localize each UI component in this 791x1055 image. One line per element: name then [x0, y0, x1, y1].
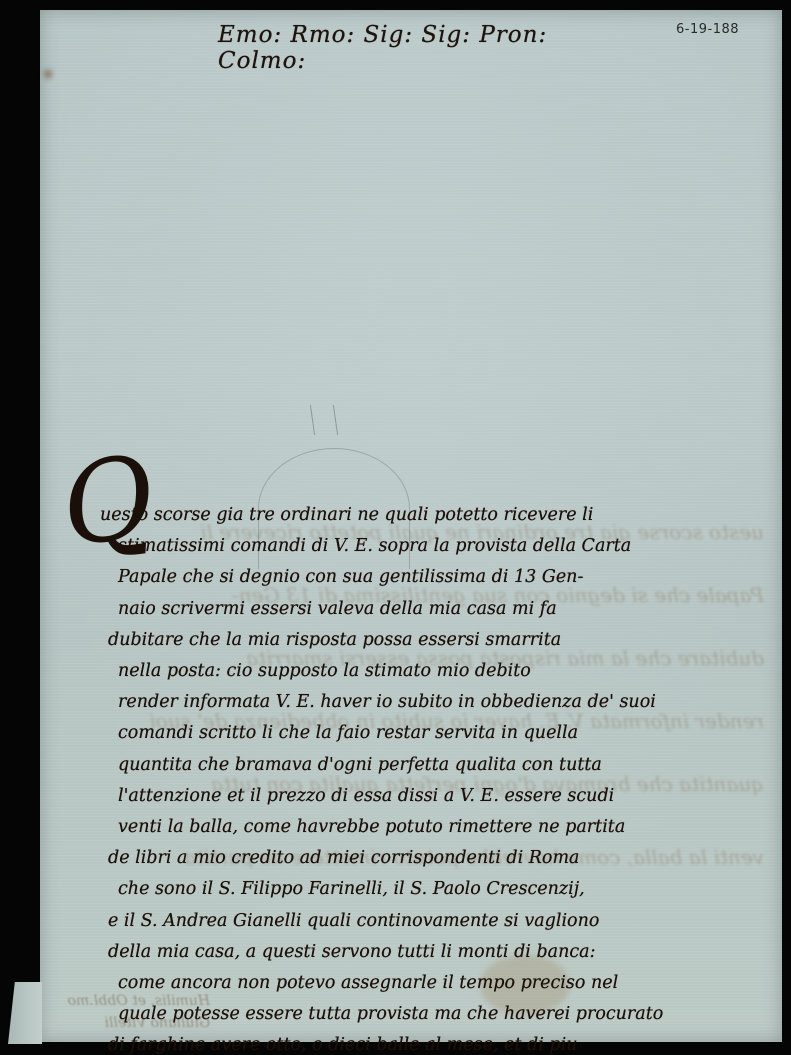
text-line: naio scrivermi essersi valeva della mia … [100, 594, 780, 625]
letter-body: uesto scorse gia tre ordinari ne quali p… [100, 500, 780, 1055]
bleed-signature-line: Humilis. et Obbl.mo [60, 990, 210, 1012]
ink-spot [44, 70, 52, 78]
text-line: della mia casa, a questi servono tutti l… [100, 937, 780, 968]
document-viewer: 6-19-188 Emo: Rmo: Sig: Sig: Pron: Colmo… [0, 0, 791, 1055]
bleed-signature-line: Giuliano Vitelli [60, 1012, 210, 1034]
text-line: nella posta: cio supposto la stimato mio… [100, 656, 780, 687]
text-line: Papale che si degnio con sua gentilissim… [100, 562, 780, 593]
text-line: stimatissimi comandi di V. E. sopra la p… [100, 531, 780, 562]
text-line: quantita che bramava d'ogni perfetta qua… [100, 750, 780, 781]
salutation-heading: Emo: Rmo: Sig: Sig: Pron: Colmo: [218, 22, 598, 74]
text-line: che sono il S. Filippo Farinelli, il S. … [100, 874, 780, 905]
signature-bleed-through: Humilis. et Obbl.mo Giuliano Vitelli [60, 990, 210, 1034]
text-line: l'attenzione et il prezzo di essa dissi … [100, 781, 780, 812]
pencil-mark [310, 405, 338, 435]
text-line: e il S. Andrea Gianelli quali continovam… [100, 906, 780, 937]
text-line: dubitare che la mia risposta possa esser… [100, 625, 780, 656]
text-line: uesto scorse gia tre ordinari ne quali p… [100, 500, 780, 531]
archive-number: 6-19-188 [676, 22, 739, 37]
text-line: render informata V. E. haver io subito i… [100, 687, 780, 718]
text-line: di farghine avere otto, o dieci balle al… [100, 1030, 780, 1055]
text-line: comandi scritto li che la faio restar se… [100, 718, 780, 749]
text-line: de libri a mio credito ad miei corrispon… [100, 843, 780, 874]
text-line: venti la balla, come havrebbe potuto rim… [100, 812, 780, 843]
folded-corner [8, 982, 42, 1044]
